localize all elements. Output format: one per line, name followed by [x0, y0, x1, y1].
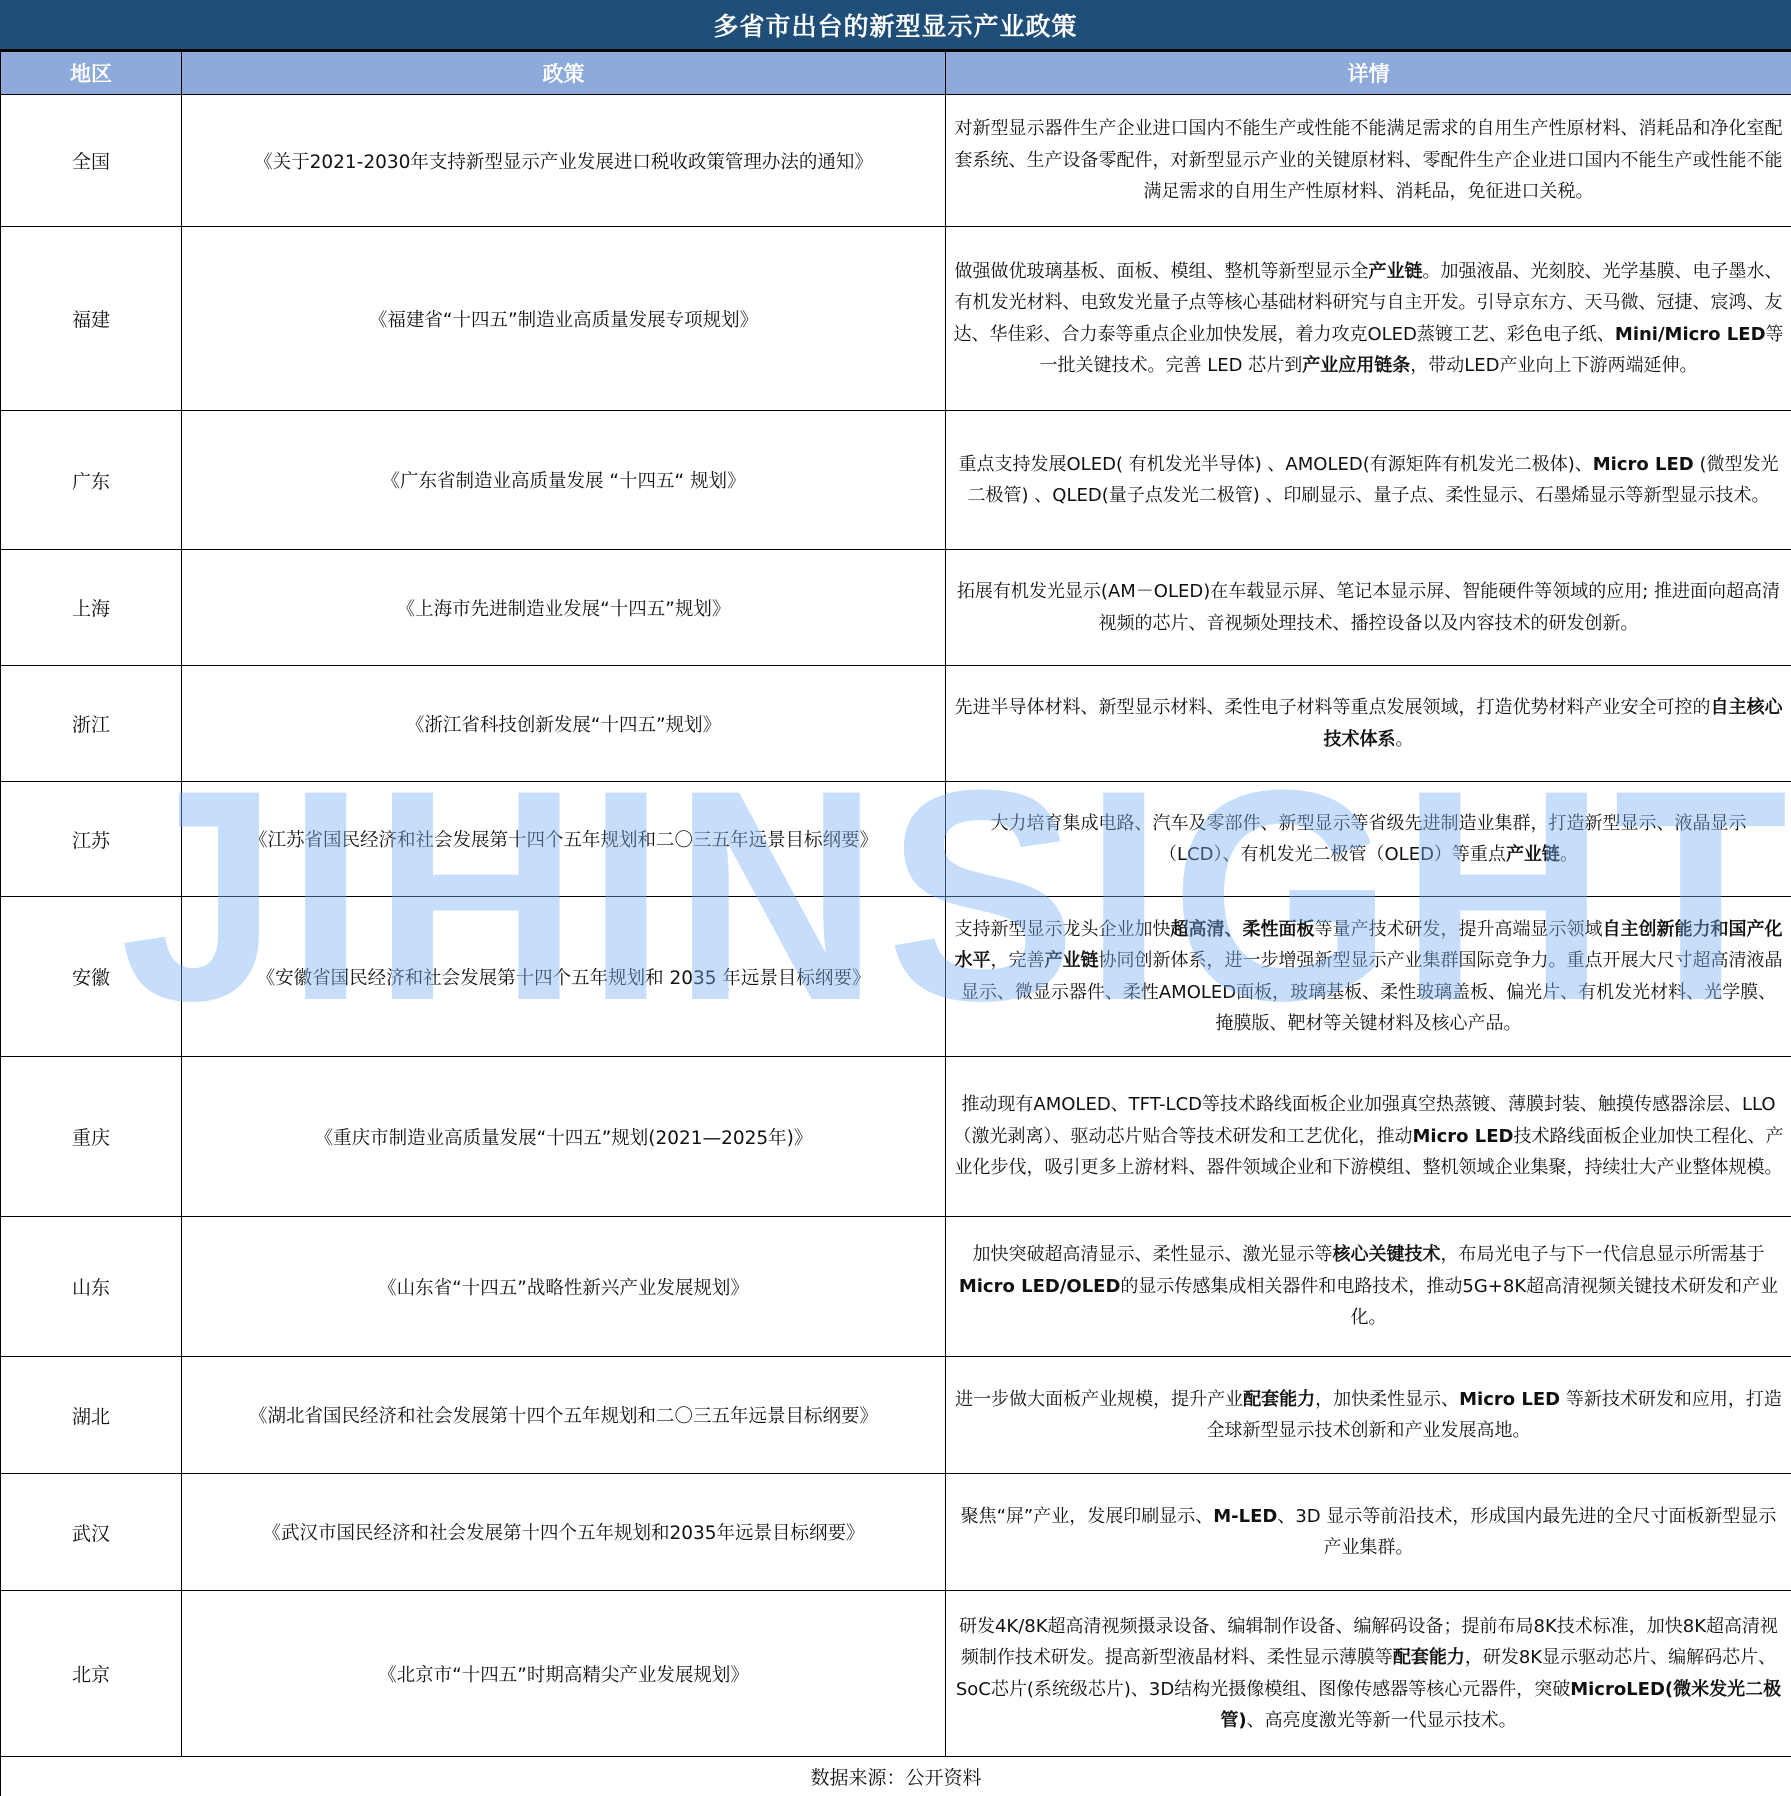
policy-cell: 《安徽省国民经济和社会发展第十四个五年规划和 2035 年远景目标纲要》 [182, 897, 946, 1057]
detail-text: 、3D 显示等前沿技术，形成国内最先进的全尺寸面板新型显示产业集群。 [1277, 1506, 1776, 1559]
detail-cell: 进一步做大面板产业规模，提升产业配套能力，加快柔性显示、Micro LED 等新… [946, 1357, 1791, 1474]
table-row: 北京《北京市“十四五”时期高精尖产业发展规划》研发4K/8K超高清视频摄录设备、… [1, 1591, 1791, 1757]
policy-cell: 《上海市先进制造业发展“十四五”规划》 [182, 550, 946, 666]
table-row: 上海《上海市先进制造业发展“十四五”规划》拓展有机发光显示(AM－OLED)在车… [1, 550, 1791, 666]
detail-text: 等量产技术研发，提升高端显示领域 [1315, 919, 1603, 940]
detail-cell: 拓展有机发光显示(AM－OLED)在车载显示屏、笔记本显示屏、智能硬件等领域的应… [946, 550, 1791, 666]
policy-cell: 《广东省制造业高质量发展 “十四五“ 规划》 [182, 411, 946, 550]
detail-cell: 推动现有AMOLED、TFT-LCD等技术路线面板企业加强真空热蒸镀、薄膜封装、… [946, 1057, 1791, 1217]
detail-cell: 大力培育集成电路、汽车及零部件、新型显示等省级先进制造业集群，打造新型显示、液晶… [946, 782, 1791, 897]
region-cell: 山东 [1, 1217, 182, 1357]
detail-emphasis: Micro LED/OLED [959, 1276, 1121, 1297]
detail-text: 拓展有机发光显示(AM－OLED)在车载显示屏、笔记本显示屏、智能硬件等领域的应… [957, 581, 1780, 634]
region-cell: 广东 [1, 411, 182, 550]
detail-text: ，布局光电子与下一代信息显示所需基于 [1441, 1244, 1765, 1265]
detail-text: 先进半导体材料、新型显示材料、柔性电子材料等重点发展领域，打造优势材料产业安全可… [955, 697, 1711, 718]
policy-cell: 《福建省“十四五”制造业高质量发展专项规划》 [182, 227, 946, 411]
policy-table-figure: 多省市出台的新型显示产业政策 地区 政策 详情 全国《关于2021-2030年支… [0, 0, 1791, 1796]
region-cell: 江苏 [1, 782, 182, 897]
detail-cell: 加快突破超高清显示、柔性显示、激光显示等核心关键技术，布局光电子与下一代信息显示… [946, 1217, 1791, 1357]
policy-cell: 《湖北省国民经济和社会发展第十四个五年规划和二〇三五年远景目标纲要》 [182, 1357, 946, 1474]
region-cell: 全国 [1, 95, 182, 227]
policy-cell: 《武汉市国民经济和社会发展第十四个五年规划和2035年远景目标纲要》 [182, 1474, 946, 1591]
detail-text: 的显示传感集成相关器件和电路技术，推动5G+8K超高清视频关键技术研发和产业化。 [1120, 1276, 1778, 1329]
detail-text: 加快突破超高清显示、柔性显示、激光显示等 [973, 1244, 1333, 1265]
region-cell: 湖北 [1, 1357, 182, 1474]
table-row: 浙江《浙江省科技创新发展“十四五”规划》先进半导体材料、新型显示材料、柔性电子材… [1, 666, 1791, 782]
detail-emphasis: 配套能力 [1243, 1389, 1315, 1410]
region-cell: 浙江 [1, 666, 182, 782]
column-header-policy: 政策 [182, 52, 946, 95]
detail-text: 。 [1396, 729, 1414, 750]
region-cell: 武汉 [1, 1474, 182, 1591]
table-row: 安徽《安徽省国民经济和社会发展第十四个五年规划和 2035 年远景目标纲要》支持… [1, 897, 1791, 1057]
detail-cell: 对新型显示器件生产企业进口国内不能生产或性能不能满足需求的自用生产性原材料、消耗… [946, 95, 1791, 227]
detail-cell: 聚焦“屏”产业，发展印刷显示、M-LED、3D 显示等前沿技术，形成国内最先进的… [946, 1474, 1791, 1591]
data-source-note: 数据来源：公开资料 [1, 1757, 1791, 1796]
detail-emphasis: 产业应用链条 [1302, 355, 1410, 376]
detail-text: 大力培育集成电路、汽车及零部件、新型显示等省级先进制造业集群，打造新型显示、液晶… [991, 813, 1747, 866]
detail-text: ，完善 [991, 950, 1045, 971]
detail-emphasis: 核心关键技术 [1333, 1244, 1441, 1265]
policy-cell: 《山东省“十四五”战略性新兴产业发展规划》 [182, 1217, 946, 1357]
region-cell: 重庆 [1, 1057, 182, 1217]
detail-text: 支持新型显示龙头企业加快 [955, 919, 1171, 940]
detail-text: 做强做优玻璃基板、面板、模组、整机等新型显示全 [955, 261, 1369, 282]
detail-emphasis: 产业链 [1369, 261, 1423, 282]
detail-text: 进一步做大面板产业规模，提升产业 [955, 1389, 1243, 1410]
table-row: 武汉《武汉市国民经济和社会发展第十四个五年规划和2035年远景目标纲要》聚焦“屏… [1, 1474, 1791, 1591]
table-row: 山东《山东省“十四五”战略性新兴产业发展规划》加快突破超高清显示、柔性显示、激光… [1, 1217, 1791, 1357]
detail-text: 、高亮度激光等新一代显示技术。 [1247, 1710, 1517, 1731]
region-cell: 上海 [1, 550, 182, 666]
detail-cell: 重点支持发展OLED( 有机发光半导体) 、AMOLED(有源矩阵有机发光二极体… [946, 411, 1791, 550]
policy-cell: 《江苏省国民经济和社会发展第十四个五年规划和二〇三五年远景目标纲要》 [182, 782, 946, 897]
detail-cell: 先进半导体材料、新型显示材料、柔性电子材料等重点发展领域，打造优势材料产业安全可… [946, 666, 1791, 782]
detail-emphasis: 超高清、柔性面板 [1171, 919, 1315, 940]
table-row: 福建《福建省“十四五”制造业高质量发展专项规划》做强做优玻璃基板、面板、模组、整… [1, 227, 1791, 411]
table-row: 江苏《江苏省国民经济和社会发展第十四个五年规划和二〇三五年远景目标纲要》大力培育… [1, 782, 1791, 897]
policy-cell: 《重庆市制造业高质量发展“十四五”规划(2021—2025年)》 [182, 1057, 946, 1217]
detail-emphasis: 产业链 [1506, 844, 1560, 865]
detail-cell: 支持新型显示龙头企业加快超高清、柔性面板等量产技术研发，提升高端显示领域自主创新… [946, 897, 1791, 1057]
table-row: 重庆《重庆市制造业高质量发展“十四五”规划(2021—2025年)》推动现有AM… [1, 1057, 1791, 1217]
detail-cell: 研发4K/8K超高清视频摄录设备、编辑制作设备、编解码设备；提前布局8K技术标准… [946, 1591, 1791, 1757]
detail-text: 聚焦“屏”产业，发展印刷显示、 [961, 1506, 1214, 1527]
table-row: 广东《广东省制造业高质量发展 “十四五“ 规划》重点支持发展OLED( 有机发光… [1, 411, 1791, 550]
policy-cell: 《北京市“十四五”时期高精尖产业发展规划》 [182, 1591, 946, 1757]
detail-emphasis: M-LED [1213, 1506, 1277, 1527]
column-header-region: 地区 [1, 52, 182, 95]
header-row: 地区 政策 详情 [1, 52, 1791, 95]
detail-emphasis: 配套能力 [1393, 1647, 1465, 1668]
table-title: 多省市出台的新型显示产业政策 [0, 0, 1791, 51]
detail-text: 对新型显示器件生产企业进口国内不能生产或性能不能满足需求的自用生产性原材料、消耗… [955, 118, 1783, 202]
detail-text: ，加快柔性显示、 [1315, 1389, 1459, 1410]
table-row: 湖北《湖北省国民经济和社会发展第十四个五年规划和二〇三五年远景目标纲要》进一步做… [1, 1357, 1791, 1474]
detail-emphasis: Mini/Micro LED [1615, 324, 1766, 345]
detail-emphasis: 产业链 [1045, 950, 1099, 971]
detail-cell: 做强做优玻璃基板、面板、模组、整机等新型显示全产业链。加强液晶、光刻胶、光学基膜… [946, 227, 1791, 411]
policy-cell: 《关于2021-2030年支持新型显示产业发展进口税收政策管理办法的通知》 [182, 95, 946, 227]
detail-text: 。 [1560, 844, 1578, 865]
table-row: 全国《关于2021-2030年支持新型显示产业发展进口税收政策管理办法的通知》对… [1, 95, 1791, 227]
region-cell: 福建 [1, 227, 182, 411]
detail-emphasis: Micro LED [1413, 1126, 1514, 1147]
region-cell: 北京 [1, 1591, 182, 1757]
detail-emphasis: Micro LED [1459, 1389, 1560, 1410]
column-header-detail: 详情 [946, 52, 1791, 95]
detail-text: ，带动LED产业向上下游两端延伸。 [1410, 355, 1697, 376]
policy-cell: 《浙江省科技创新发展“十四五”规划》 [182, 666, 946, 782]
detail-text: 重点支持发展OLED( 有机发光半导体) 、AMOLED(有源矩阵有机发光二极体… [959, 454, 1593, 475]
detail-emphasis: Micro LED [1593, 454, 1694, 475]
region-cell: 安徽 [1, 897, 182, 1057]
policy-table: 地区 政策 详情 全国《关于2021-2030年支持新型显示产业发展进口税收政策… [0, 51, 1791, 1796]
